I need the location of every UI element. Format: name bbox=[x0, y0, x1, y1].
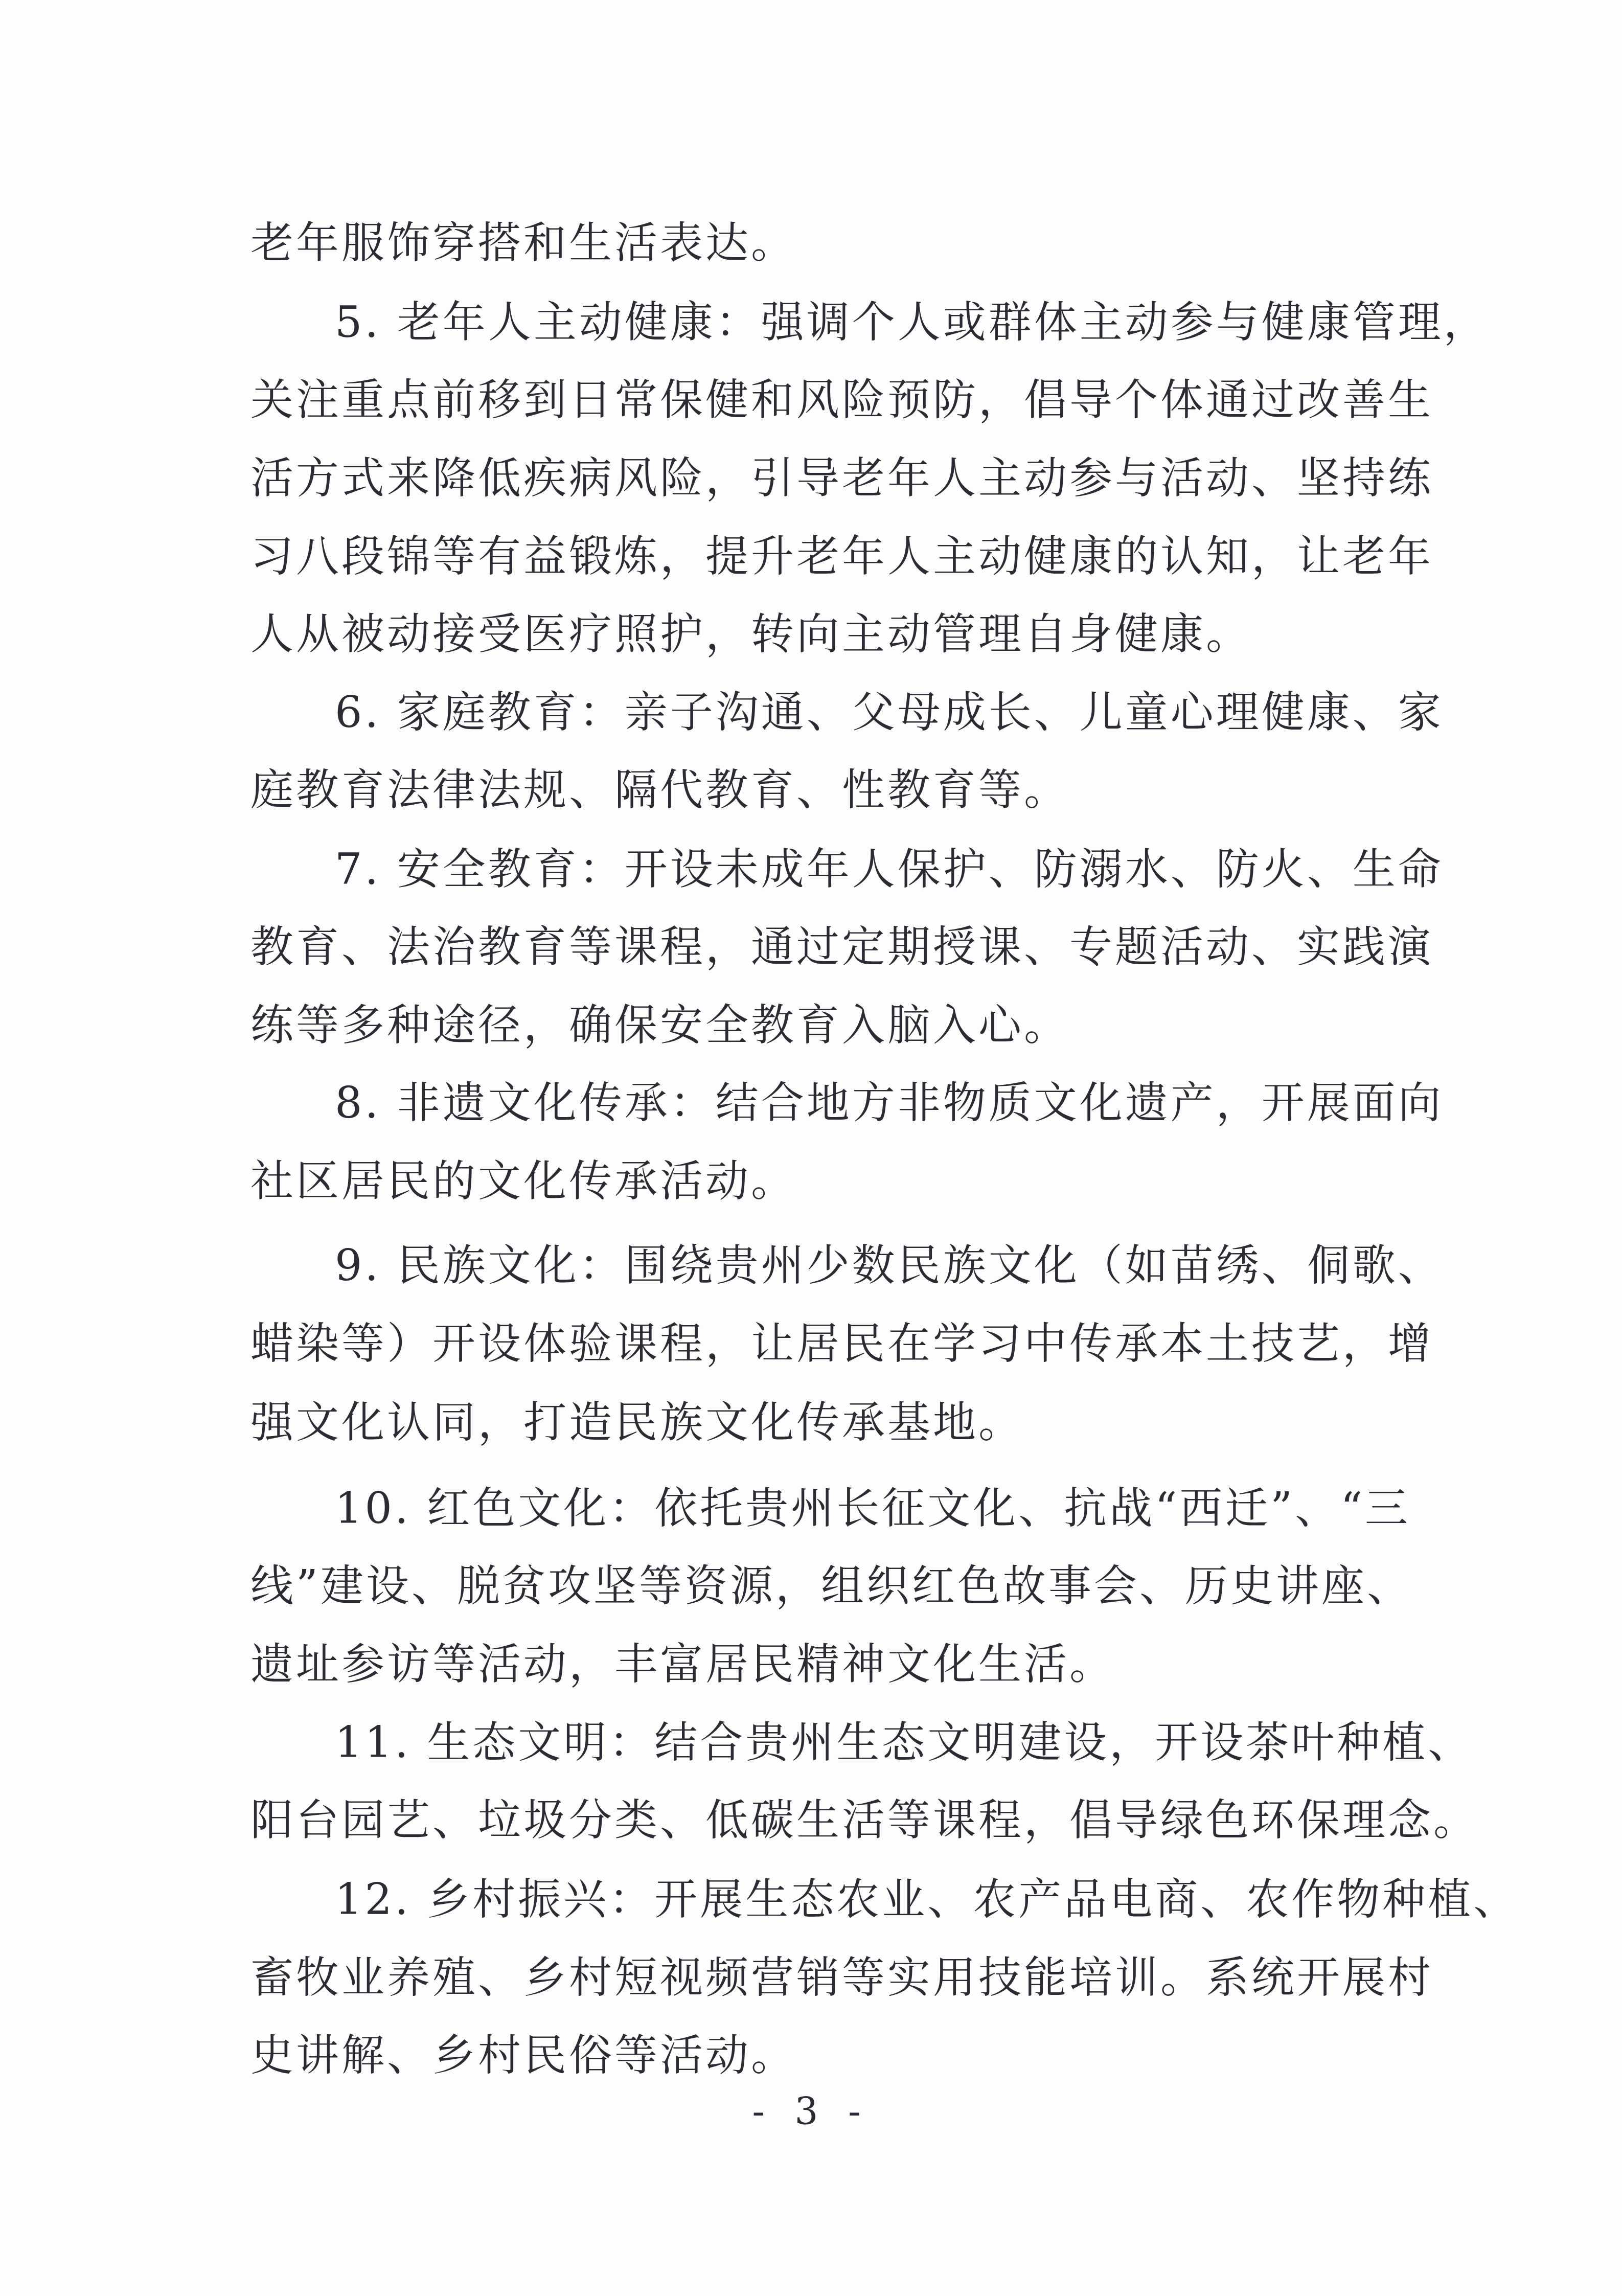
text-line: 遗址参访等活动，丰富居民精神文化生活。 bbox=[250, 1639, 1375, 1690]
paragraph-item-12-heading-line: 12. 乡村振兴：开展生态农业、农产品电商、农作物种植、 bbox=[335, 1874, 1459, 1925]
text-line: 人从被动接受医疗照护，转向主动管理自身健康。 bbox=[250, 608, 1375, 660]
paragraph-item-11-heading-line: 11. 生态文明：结合贵州生态文明建设，开设茶叶种植、 bbox=[335, 1717, 1459, 1768]
paragraph-item-6-heading-line: 6. 家庭教育：亲子沟通、父母成长、儿童心理健康、家 bbox=[335, 687, 1459, 738]
paragraph-item-10-heading-line: 10. 红色文化：依托贵州长征文化、抗战“西迁”、“三 bbox=[335, 1483, 1459, 1534]
text-line: 史讲解、乡村民俗等活动。 bbox=[250, 2030, 1375, 2081]
text-line: 活方式来降低疾病风险，引导老年人主动参与活动、坚持练 bbox=[250, 452, 1375, 504]
text-line: 强文化认同，打造民族文化传承基地。 bbox=[250, 1397, 1375, 1448]
text-line: 习八段锦等有益锻炼，提升老年人主动健康的认知，让老年 bbox=[250, 531, 1375, 582]
text-line: 蜡染等）开设体验课程，让居民在学习中传承本土技艺，增 bbox=[250, 1318, 1375, 1369]
text-line: 阳台园艺、垃圾分类、低碳生活等课程，倡导绿色环保理念。 bbox=[250, 1794, 1375, 1846]
text-line: 练等多种途径，确保安全教育入脑入心。 bbox=[250, 999, 1375, 1051]
text-line: 关注重点前移到日常保健和风险预防，倡导个体通过改善生 bbox=[250, 374, 1375, 425]
page-number: - 3 - bbox=[0, 2090, 1622, 2133]
text-line: 社区居民的文化传承活动。 bbox=[250, 1155, 1375, 1207]
paragraph-item-8-heading-line: 8. 非遗文化传承：结合地方非物质文化遗产，开展面向 bbox=[335, 1077, 1459, 1128]
text-line: 老年服饰穿搭和生活表达。 bbox=[250, 217, 1375, 268]
text-line: 线”建设、脱贫攻坚等资源，组织红色故事会、历史讲座、 bbox=[250, 1560, 1375, 1611]
paragraph-item-9-heading-line: 9. 民族文化：围绕贵州少数民族文化（如苗绣、侗歌、 bbox=[335, 1240, 1459, 1291]
text-line: 畜牧业养殖、乡村短视频营销等实用技能培训。系统开展村 bbox=[250, 1952, 1375, 2003]
paragraph-item-7-heading-line: 7. 安全教育：开设未成年人保护、防溺水、防火、生命 bbox=[335, 844, 1459, 895]
text-line: 教育、法治教育等课程，通过定期授课、专题活动、实践演 bbox=[250, 921, 1375, 972]
document-page: 老年服饰穿搭和生活表达。 5. 老年人主动健康：强调个人或群体主动参与健康管理，… bbox=[0, 0, 1622, 2296]
paragraph-item-5-heading-line: 5. 老年人主动健康：强调个人或群体主动参与健康管理， bbox=[335, 297, 1459, 348]
text-line: 庭教育法律法规、隔代教育、性教育等。 bbox=[250, 764, 1375, 815]
